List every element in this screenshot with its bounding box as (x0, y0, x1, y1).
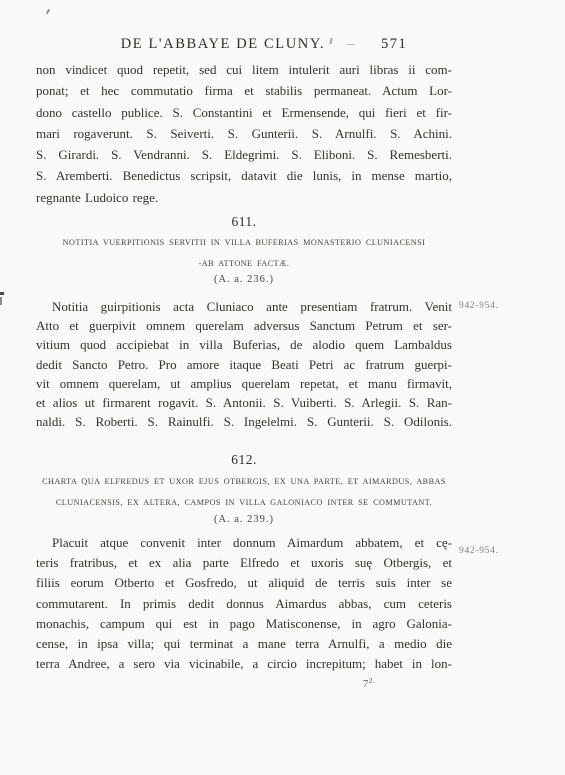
text-line: dono castello publice. S. Constantini et… (36, 102, 452, 123)
text-line: non vindicet quod repetit, sed cui litem… (36, 59, 452, 80)
intro-paragraph: non vindicet quod repetit, sed cui litem… (36, 59, 452, 208)
scan-speck (46, 9, 50, 14)
text-line: commutarent. In primis dedit donnus Aima… (36, 594, 452, 614)
text-line: filiis eorum Otberto et Gosfredo, ut ali… (36, 573, 452, 593)
scan-speck (0, 292, 4, 295)
section-number-611: 611. (36, 214, 452, 230)
book-page: DE L'ABBAYE DE CLUNY. 571 non vindicet q… (0, 0, 565, 775)
text-line: vit omnem querelam, ut amplius querelam … (36, 374, 452, 393)
text-line: S. Aremberti. Benedictus scripsit, datav… (36, 165, 452, 186)
text-line: vitium quod accipiebat in villa Buferias… (36, 335, 452, 354)
text-line: terra Andree, a sero via vicinabile, a c… (36, 654, 452, 674)
section-title-line: CHARTA QUA ELFREDUS ET UXOR EJUS OTBERGI… (36, 472, 452, 493)
text-line: Placuit atque convenit inter donnum Aima… (36, 533, 452, 553)
text-line: Atto et guerpivit omnem querelam adversu… (36, 316, 452, 335)
margin-note-612: 942-954. (459, 546, 519, 556)
text-line: S. Girardi. S. Vendranni. S. Eldegrimi. … (36, 144, 452, 165)
text-line: naldi. S. Roberti. S. Rainulfi. S. Ingel… (36, 412, 452, 431)
section-title-line: CLUNIACENSIS, EX ALTERA, CAMPOS IN VILLA… (36, 493, 452, 514)
text-line: ponat; et hec commutatio firma et stabil… (36, 80, 452, 101)
signature-superscript: 2. (369, 676, 376, 685)
text-line: dedit Sancto Petro. Pro amore itaque Bea… (36, 355, 452, 374)
text-line: et alios ut firmarent rogavit. S. Antoni… (36, 393, 452, 412)
section-body-611: Notitia guirpitionis acta Cluniaco ante … (36, 297, 452, 431)
section-date-611: (A. a. 236.) (36, 274, 452, 285)
section-date-612: (A. a. 239.) (36, 514, 452, 525)
margin-note-611: 942-954. (459, 301, 519, 311)
scan-speck (0, 297, 2, 305)
section-body-612: Placuit atque convenit inter donnum Aima… (36, 533, 452, 674)
section-title-line: -AB ATTONE FACTÆ. (36, 254, 452, 275)
text-line: regnante Ludoico rege. (36, 187, 452, 208)
section-title-612: CHARTA QUA ELFREDUS ET UXOR EJUS OTBERGI… (36, 472, 452, 513)
scan-speck (347, 44, 355, 45)
text-line: mari rogaverunt. S. Seiverti. S. Gunteri… (36, 123, 452, 144)
running-head-title: DE L'ABBAYE DE CLUNY. (0, 36, 446, 53)
section-number-612: 612. (36, 452, 452, 468)
text-line: Notitia guirpitionis acta Cluniaco ante … (36, 297, 452, 316)
page-number: 571 (381, 36, 407, 53)
text-line: cense, in ipsa villa; qui terminat a man… (36, 634, 452, 654)
section-title-line: NOTITIA VUERPITIONIS SERVITII IN VILLA B… (36, 233, 452, 254)
signature-mark: 72. (363, 676, 375, 690)
section-title-611: NOTITIA VUERPITIONIS SERVITII IN VILLA B… (36, 233, 452, 274)
text-line: teris fratribus, et ex alia parte Elfred… (36, 553, 452, 573)
text-line: monachis, campum qui est in pago Matisco… (36, 614, 452, 634)
